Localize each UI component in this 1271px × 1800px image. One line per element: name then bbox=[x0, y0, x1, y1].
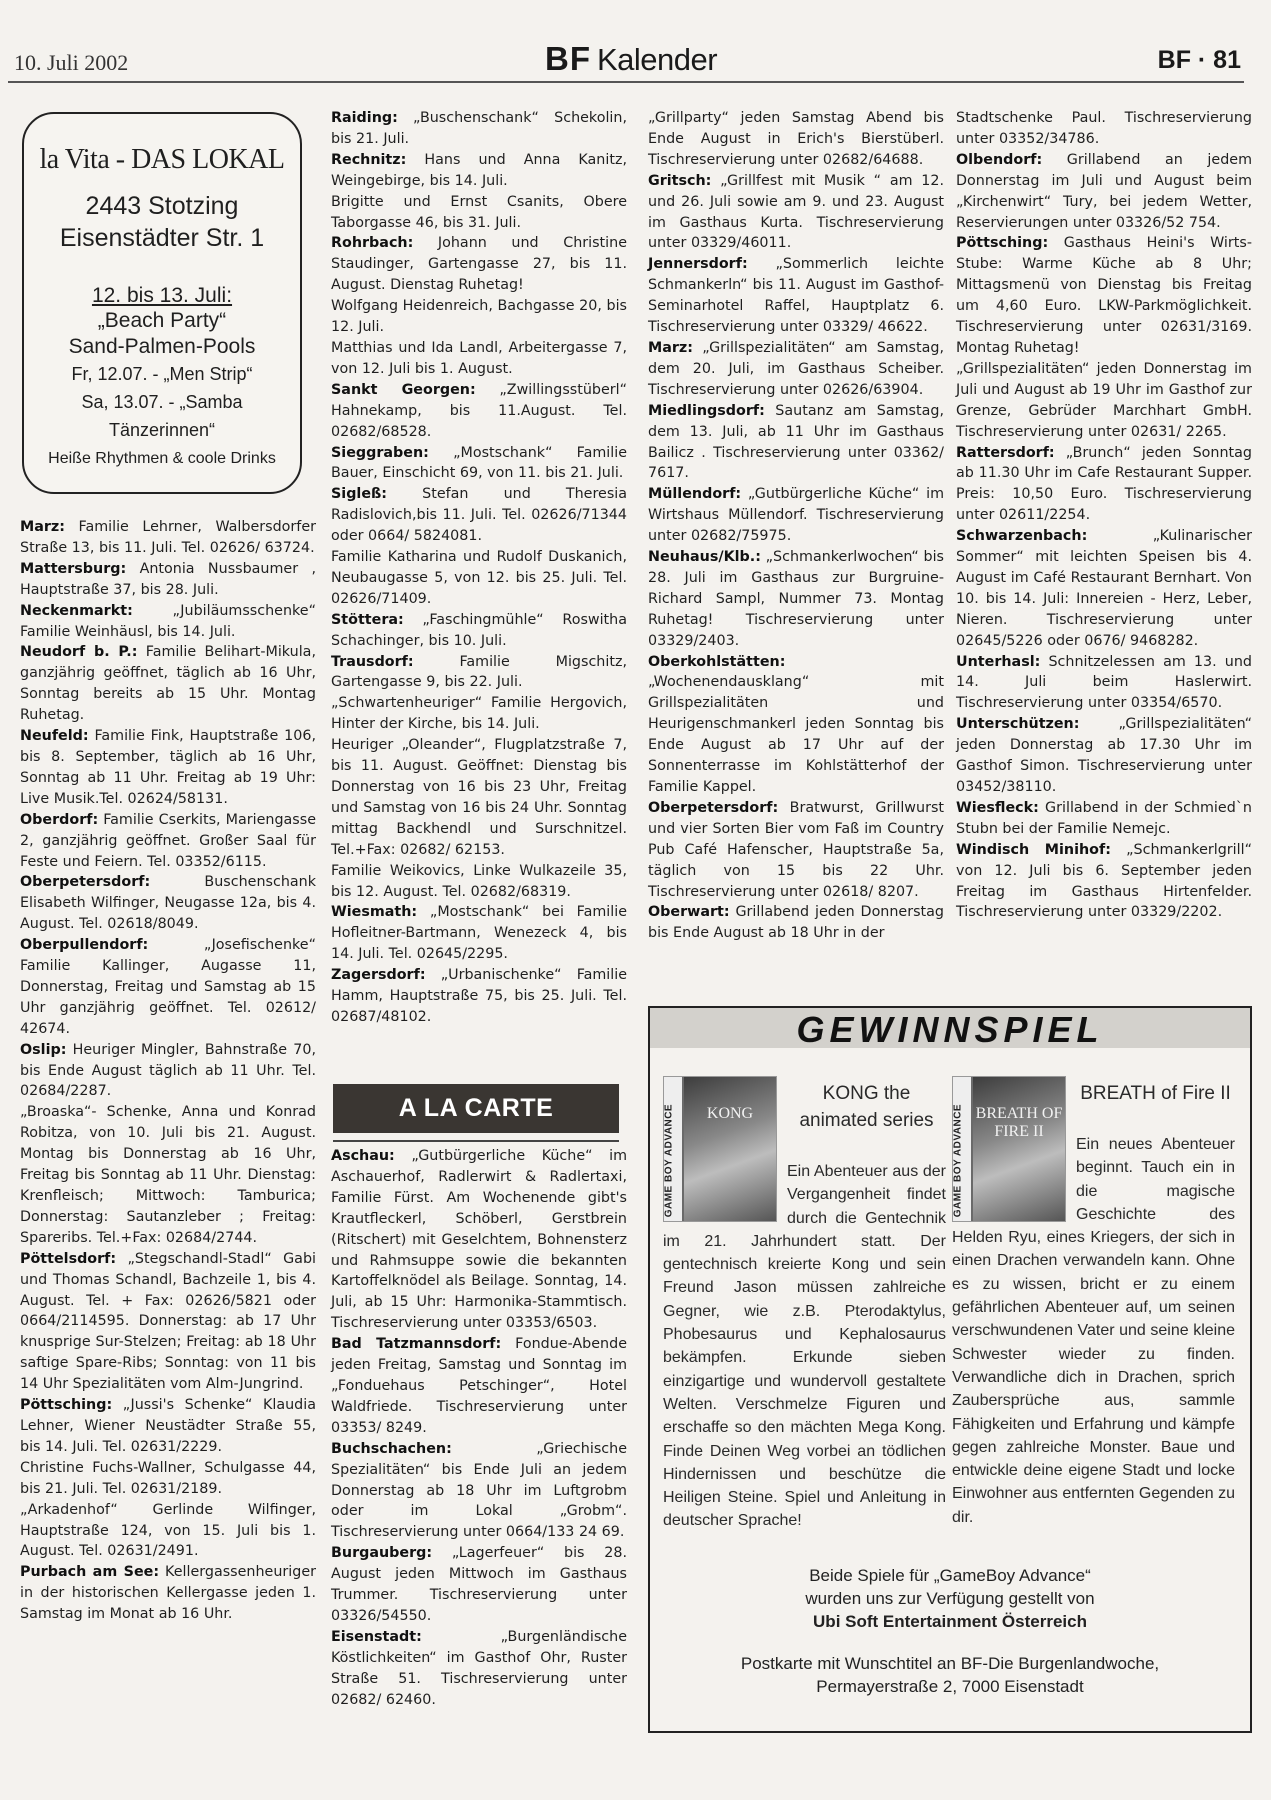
sponsor-line: Beide Spiele für „GameBoy Advance“ bbox=[650, 1564, 1250, 1587]
listing-entry: Rechnitz: Hans und Anna Kanitz, Weingebi… bbox=[331, 150, 627, 192]
listing-entry: Rattersdorf: „Brunch“ jeden Sonntag ab 1… bbox=[956, 443, 1252, 527]
listing-entry: Pöttelsdorf: „Stegschandl-Stadl“ Gabi un… bbox=[20, 1249, 316, 1395]
issue-date: 10. Juli 2002 bbox=[14, 50, 128, 76]
listing-entry: Familie Weikovics, Linke Wulkazeile 35, … bbox=[331, 861, 627, 903]
place-name: Marz: bbox=[20, 519, 65, 535]
section-name: Kalender bbox=[597, 42, 717, 77]
place-name: Jennersdorf: bbox=[648, 256, 748, 272]
place-name: Oberpullendorf: bbox=[20, 937, 148, 953]
sponsor-line: wurden uns zur Verfügung gestellt von bbox=[650, 1587, 1250, 1610]
place-name: Pöttsching: bbox=[956, 235, 1048, 251]
listing-entry: Bad Tatzmannsdorf: Fondue-Abende jeden F… bbox=[331, 1334, 627, 1439]
place-name: Stöttera: bbox=[331, 612, 404, 628]
listing-entry: Christine Fuchs-Wallner, Schulgasse 44, … bbox=[20, 1458, 316, 1500]
place-name: Neckenmarkt: bbox=[20, 603, 133, 619]
listing-entry: Müllendorf: „Gutbürgerliche Küche“ im Wi… bbox=[648, 484, 944, 547]
listing-column-2: Raiding: „Buschenschank“ Schekolin, bis … bbox=[331, 108, 627, 1028]
ad-event: „Beach Party“ bbox=[24, 308, 300, 334]
listing-entry: Marz: „Grillspezialitäten“ am Samstag, d… bbox=[648, 338, 944, 401]
entry-text: „Broaska“- Schenke, Anna und Konrad Robi… bbox=[20, 1104, 316, 1245]
entry-text: „Kulinarischer Sommer“ mit leichten Spei… bbox=[956, 528, 1252, 649]
game-kong: GAME BOY ADVANCE KONG KONG the animated … bbox=[663, 1076, 946, 1533]
place-name: Oberkohlstätten: bbox=[648, 654, 785, 670]
place-name: Oberwart: bbox=[648, 904, 730, 920]
entry-text: Familie Weikovics, Linke Wulkazeile 35, … bbox=[331, 863, 627, 900]
listing-entry: Miedlingsdorf: Sautanz am Samstag, dem 1… bbox=[648, 401, 944, 485]
ad-footer: Heiße Rhythmen & coole Drinks bbox=[24, 450, 300, 468]
section-banner-a-la-carte: A LA CARTE bbox=[333, 1084, 619, 1133]
place-name: Zagersdorf: bbox=[331, 967, 426, 983]
listing-entry: Unterhasl: Schnitzelessen am 13. und 14.… bbox=[956, 652, 1252, 715]
listing-column-1: Marz: Familie Lehrner, Walbersdorfer Str… bbox=[20, 517, 316, 1625]
game-cover-image: GAME BOY ADVANCE KONG bbox=[663, 1076, 777, 1222]
entry-text: „Gutbürgerliche Küche“ im Aschauerhof, R… bbox=[331, 1148, 627, 1331]
contest-box: GEWINNSPIEL GAME BOY ADVANCE KONG KONG t… bbox=[648, 1006, 1252, 1733]
listing-entry: „Broaska“- Schenke, Anna und Konrad Robi… bbox=[20, 1102, 316, 1248]
place-name: Burgauberg: bbox=[331, 1545, 432, 1561]
place-name: Wiesmath: bbox=[331, 904, 417, 920]
listing-entry: Wolfgang Heidenreich, Bachgasse 20, bis … bbox=[331, 296, 627, 338]
place-name: Oberpetersdorf: bbox=[648, 800, 778, 816]
listing-entry: Oberwart: Grillabend jeden Donnerstag bi… bbox=[648, 902, 944, 944]
place-name: Bad Tatzmannsdorf: bbox=[331, 1336, 501, 1352]
entry-text: „Grillspezialitäten“ am Samstag, dem 20.… bbox=[648, 340, 944, 398]
place-name: Neufeld: bbox=[20, 728, 89, 744]
listing-entry: Aschau: „Gutbürgerliche Küche“ im Aschau… bbox=[331, 1146, 627, 1334]
section-divider bbox=[333, 1140, 619, 1142]
listing-entry: „Arkadenhof“ Gerlinde Wilfinger, Hauptst… bbox=[20, 1500, 316, 1563]
listing-entry: Neuhaus/Klb.: „Schmankerlwochen“ bis 28.… bbox=[648, 547, 944, 652]
place-name: Neuhaus/Klb.: bbox=[648, 549, 761, 565]
listing-entry: Sigleß: Stefan und Theresia Radislovich,… bbox=[331, 484, 627, 547]
address-line: Postkarte mit Wunschtitel an BF-Die Burg… bbox=[650, 1652, 1250, 1675]
place-name: Oberpetersdorf: bbox=[20, 874, 150, 890]
listing-entry: Oberkohlstätten: „Wochenendausklang“ mit… bbox=[648, 652, 944, 798]
entry-text: Stadtschenke Paul. Tischreservierung unt… bbox=[956, 110, 1252, 147]
cover-title: BREATH OF FIRE II bbox=[975, 1105, 1063, 1141]
place-name: Olbendorf: bbox=[956, 152, 1042, 168]
listing-entry: Neufeld: Familie Fink, Hauptstraße 106, … bbox=[20, 726, 316, 810]
place-name: Pöttsching: bbox=[20, 1397, 112, 1413]
listing-entry: Oslip: Heuriger Mingler, Bahnstraße 70, … bbox=[20, 1040, 316, 1103]
listing-entry: Neckenmarkt: „Jubiläumsschenke“ Familie … bbox=[20, 601, 316, 643]
place-name: Miedlingsdorf: bbox=[648, 403, 765, 419]
place-name: Aschau: bbox=[331, 1148, 395, 1164]
entry-text: Familie Katharina und Rudolf Duskanich, … bbox=[331, 549, 627, 607]
place-name: Gritsch: bbox=[648, 173, 711, 189]
place-name: Schwarzenbach: bbox=[956, 528, 1087, 544]
place-name: Eisenstadt: bbox=[331, 1629, 422, 1645]
listing-entry: Familie Katharina und Rudolf Duskanich, … bbox=[331, 547, 627, 610]
place-name: Marz: bbox=[648, 340, 693, 356]
listing-entry: Windisch Minihof: „Schmankerlgrill“ von … bbox=[956, 840, 1252, 924]
place-name: Wiesfleck: bbox=[956, 800, 1039, 816]
ad-address-line: Eisenstädter Str. 1 bbox=[24, 222, 300, 254]
listing-entry: Oberpullendorf: „Josefischenke“ Familie … bbox=[20, 935, 316, 1040]
entry-text: „Wochenendausklang“ mit Grillspezialität… bbox=[648, 674, 944, 795]
listing-entry: Matthias und Ida Landl, Arbeitergasse 7,… bbox=[331, 338, 627, 380]
listing-entry: Wiesmath: „Mostschank“ bei Familie Hofle… bbox=[331, 902, 627, 965]
listing-column-3: „Grillparty“ jeden Samstag Abend bis End… bbox=[648, 108, 944, 944]
place-name: Buchschachen: bbox=[331, 1441, 452, 1457]
listing-entry: Sieggraben: „Mostschank“ Familie Bauer, … bbox=[331, 443, 627, 485]
entry-text: Gasthaus Heini's Wirts-Stube: Warme Küch… bbox=[956, 235, 1252, 356]
a-la-carte-column: Aschau: „Gutbürgerliche Küche“ im Aschau… bbox=[331, 1146, 627, 1710]
place-name: Windisch Minihof: bbox=[956, 842, 1111, 858]
sponsor-note: Beide Spiele für „GameBoy Advance“ wurde… bbox=[650, 1564, 1250, 1633]
listing-entry: Schwarzenbach: „Kulinarischer Sommer“ mi… bbox=[956, 526, 1252, 651]
listing-entry: Burgauberg: „Lagerfeuer“ bis 28. August … bbox=[331, 1543, 627, 1627]
lavita-advertisement: la Vita - DAS LOKAL 2443 Stotzing Eisens… bbox=[22, 112, 302, 494]
listing-entry: Jennersdorf: „Sommerlich leichte Schmank… bbox=[648, 254, 944, 338]
listing-entry: Gritsch: „Grillfest mit Musik “ am 12. u… bbox=[648, 171, 944, 255]
entry-text: „Grillparty“ jeden Samstag Abend bis End… bbox=[648, 110, 944, 168]
entry-text: „Schwartenheuriger“ Familie Hergovich, H… bbox=[331, 695, 627, 732]
place-name: Oslip: bbox=[20, 1042, 66, 1058]
listing-entry: „Grillparty“ jeden Samstag Abend bis End… bbox=[648, 108, 944, 171]
place-name: Neudorf b. P.: bbox=[20, 644, 137, 660]
place-name: Unterhasl: bbox=[956, 654, 1040, 670]
listing-entry: Zagersdorf: „Urbanischenke“ Familie Hamm… bbox=[331, 965, 627, 1028]
ad-address: 2443 Stotzing Eisenstädter Str. 1 bbox=[24, 190, 300, 254]
entry-text: Wolfgang Heidenreich, Bachgasse 20, bis … bbox=[331, 298, 627, 335]
listing-entry: Eisenstadt: „Burgenländische Köstlichkei… bbox=[331, 1627, 627, 1711]
address-line: Permayerstraße 2, 7000 Eisenstadt bbox=[650, 1675, 1250, 1698]
listing-entry: Marz: Familie Lehrner, Walbersdorfer Str… bbox=[20, 517, 316, 559]
ad-address-line: 2443 Stotzing bbox=[24, 190, 300, 222]
place-name: Oberdorf: bbox=[20, 812, 98, 828]
entry-text: „Arkadenhof“ Gerlinde Wilfinger, Hauptst… bbox=[20, 1502, 316, 1560]
game-breath-of-fire: GAME BOY ADVANCE BREATH OF FIRE II BREAT… bbox=[952, 1076, 1235, 1529]
listing-entry: Stöttera: „Faschingmühle“ Roswitha Schac… bbox=[331, 610, 627, 652]
entry-text: Matthias und Ida Landl, Arbeitergasse 7,… bbox=[331, 340, 627, 377]
ad-event: Fr, 12.07. - „Men Strip“ bbox=[24, 360, 300, 388]
listing-entry: Pöttsching: Gasthaus Heini's Wirts-Stube… bbox=[956, 233, 1252, 358]
entry-text: Heuriger „Oleander“, Flugplatzstraße 7, … bbox=[331, 737, 627, 858]
listing-entry: Sankt Georgen: „Zwillingsstüberl“ Hahnek… bbox=[331, 380, 627, 443]
ad-event: Sa, 13.07. - „Samba bbox=[24, 388, 300, 416]
listing-entry: Stadtschenke Paul. Tischreservierung unt… bbox=[956, 108, 1252, 150]
entry-address: Postkarte mit Wunschtitel an BF-Die Burg… bbox=[650, 1652, 1250, 1698]
place-name: Sigleß: bbox=[331, 486, 387, 502]
entry-text: Brigitte und Ernst Csanits, Obere Taborg… bbox=[331, 194, 627, 231]
place-name: Sieggraben: bbox=[331, 445, 429, 461]
cover-art bbox=[973, 1077, 1065, 1221]
place-name: Unterschützen: bbox=[956, 716, 1079, 732]
listing-entry: Pöttsching: „Jussi's Schenke“ Klaudia Le… bbox=[20, 1395, 316, 1458]
listing-entry: Neudorf b. P.: Familie Belihart-Mikula, … bbox=[20, 642, 316, 726]
listing-entry: Buchschachen: „Griechische Spezialitäten… bbox=[331, 1439, 627, 1544]
place-name: Purbach am See: bbox=[20, 1564, 159, 1580]
ad-event: Sand-Palmen-Pools bbox=[24, 334, 300, 360]
listing-entry: Oberpetersdorf: Buschenschank Elisabeth … bbox=[20, 872, 316, 935]
listing-entry: Brigitte und Ernst Csanits, Obere Taborg… bbox=[331, 192, 627, 234]
header-divider bbox=[8, 81, 1244, 83]
listing-entry: „Schwartenheuriger“ Familie Hergovich, H… bbox=[331, 693, 627, 735]
listing-entry: Wiesfleck: Grillabend in der Schmied`n S… bbox=[956, 798, 1252, 840]
page-title: BFKalender bbox=[545, 40, 717, 78]
gba-spine: GAME BOY ADVANCE bbox=[664, 1077, 682, 1221]
gba-spine: GAME BOY ADVANCE bbox=[953, 1077, 971, 1221]
listing-entry: Heuriger „Oleander“, Flugplatzstraße 7, … bbox=[331, 735, 627, 860]
listing-entry: Mattersburg: Antonia Nussbaumer , Haupts… bbox=[20, 559, 316, 601]
brand-logo: BF bbox=[545, 40, 591, 77]
place-name: Mattersburg: bbox=[20, 561, 126, 577]
ad-date-range: 12. bis 13. Juli: bbox=[24, 284, 300, 308]
place-name: Pöttelsdorf: bbox=[20, 1251, 116, 1267]
place-name: Sankt Georgen: bbox=[331, 382, 476, 398]
entry-text: Familie Lehrner, Walbersdorfer Straße 13… bbox=[20, 519, 316, 556]
page-number: BF · 81 bbox=[1158, 46, 1241, 75]
listing-entry: Olbendorf: Grillabend an jedem Donnersta… bbox=[956, 150, 1252, 234]
cover-art bbox=[684, 1077, 776, 1221]
page-header: 10. Juli 2002 BFKalender BF · 81 bbox=[0, 0, 1271, 90]
entry-text: „Grillspezialitäten“ jeden Donnerstag im… bbox=[956, 361, 1252, 440]
listing-entry: Oberpetersdorf: Bratwurst, Grillwurst un… bbox=[648, 798, 944, 903]
listing-entry: Purbach am See: Kellergassenheuriger in … bbox=[20, 1562, 316, 1625]
listing-entry: Raiding: „Buschenschank“ Schekolin, bis … bbox=[331, 108, 627, 150]
ad-title: la Vita - DAS LOKAL bbox=[24, 144, 300, 176]
entry-text: „Stegschandl-Stadl“ Gabi und Thomas Scha… bbox=[20, 1251, 316, 1392]
listing-column-4: Stadtschenke Paul. Tischreservierung unt… bbox=[956, 108, 1252, 923]
listing-entry: Oberdorf: Familie Cserkits, Mariengasse … bbox=[20, 810, 316, 873]
place-name: Rohrbach: bbox=[331, 235, 413, 251]
place-name: Rattersdorf: bbox=[956, 445, 1055, 461]
listing-entry: Rohrbach: Johann und Christine Staudinge… bbox=[331, 233, 627, 296]
game-cover-image: GAME BOY ADVANCE BREATH OF FIRE II bbox=[952, 1076, 1066, 1222]
entry-text: Christine Fuchs-Wallner, Schulgasse 44, … bbox=[20, 1460, 316, 1497]
cover-title: KONG bbox=[686, 1105, 774, 1123]
listing-entry: Trausdorf: Familie Migschitz, Gartengass… bbox=[331, 652, 627, 694]
ad-event: Tänzerinnen“ bbox=[24, 416, 300, 444]
place-name: Rechnitz: bbox=[331, 152, 406, 168]
place-name: Trausdorf: bbox=[331, 654, 414, 670]
contest-title: GEWINNSPIEL bbox=[650, 1008, 1250, 1048]
place-name: Müllendorf: bbox=[648, 486, 741, 502]
listing-entry: Unterschützen: „Grillspezialitäten“ jede… bbox=[956, 714, 1252, 798]
place-name: Raiding: bbox=[331, 110, 398, 126]
sponsor-name: Ubi Soft Entertainment Österreich bbox=[813, 1612, 1087, 1631]
listing-entry: „Grillspezialitäten“ jeden Donnerstag im… bbox=[956, 359, 1252, 443]
